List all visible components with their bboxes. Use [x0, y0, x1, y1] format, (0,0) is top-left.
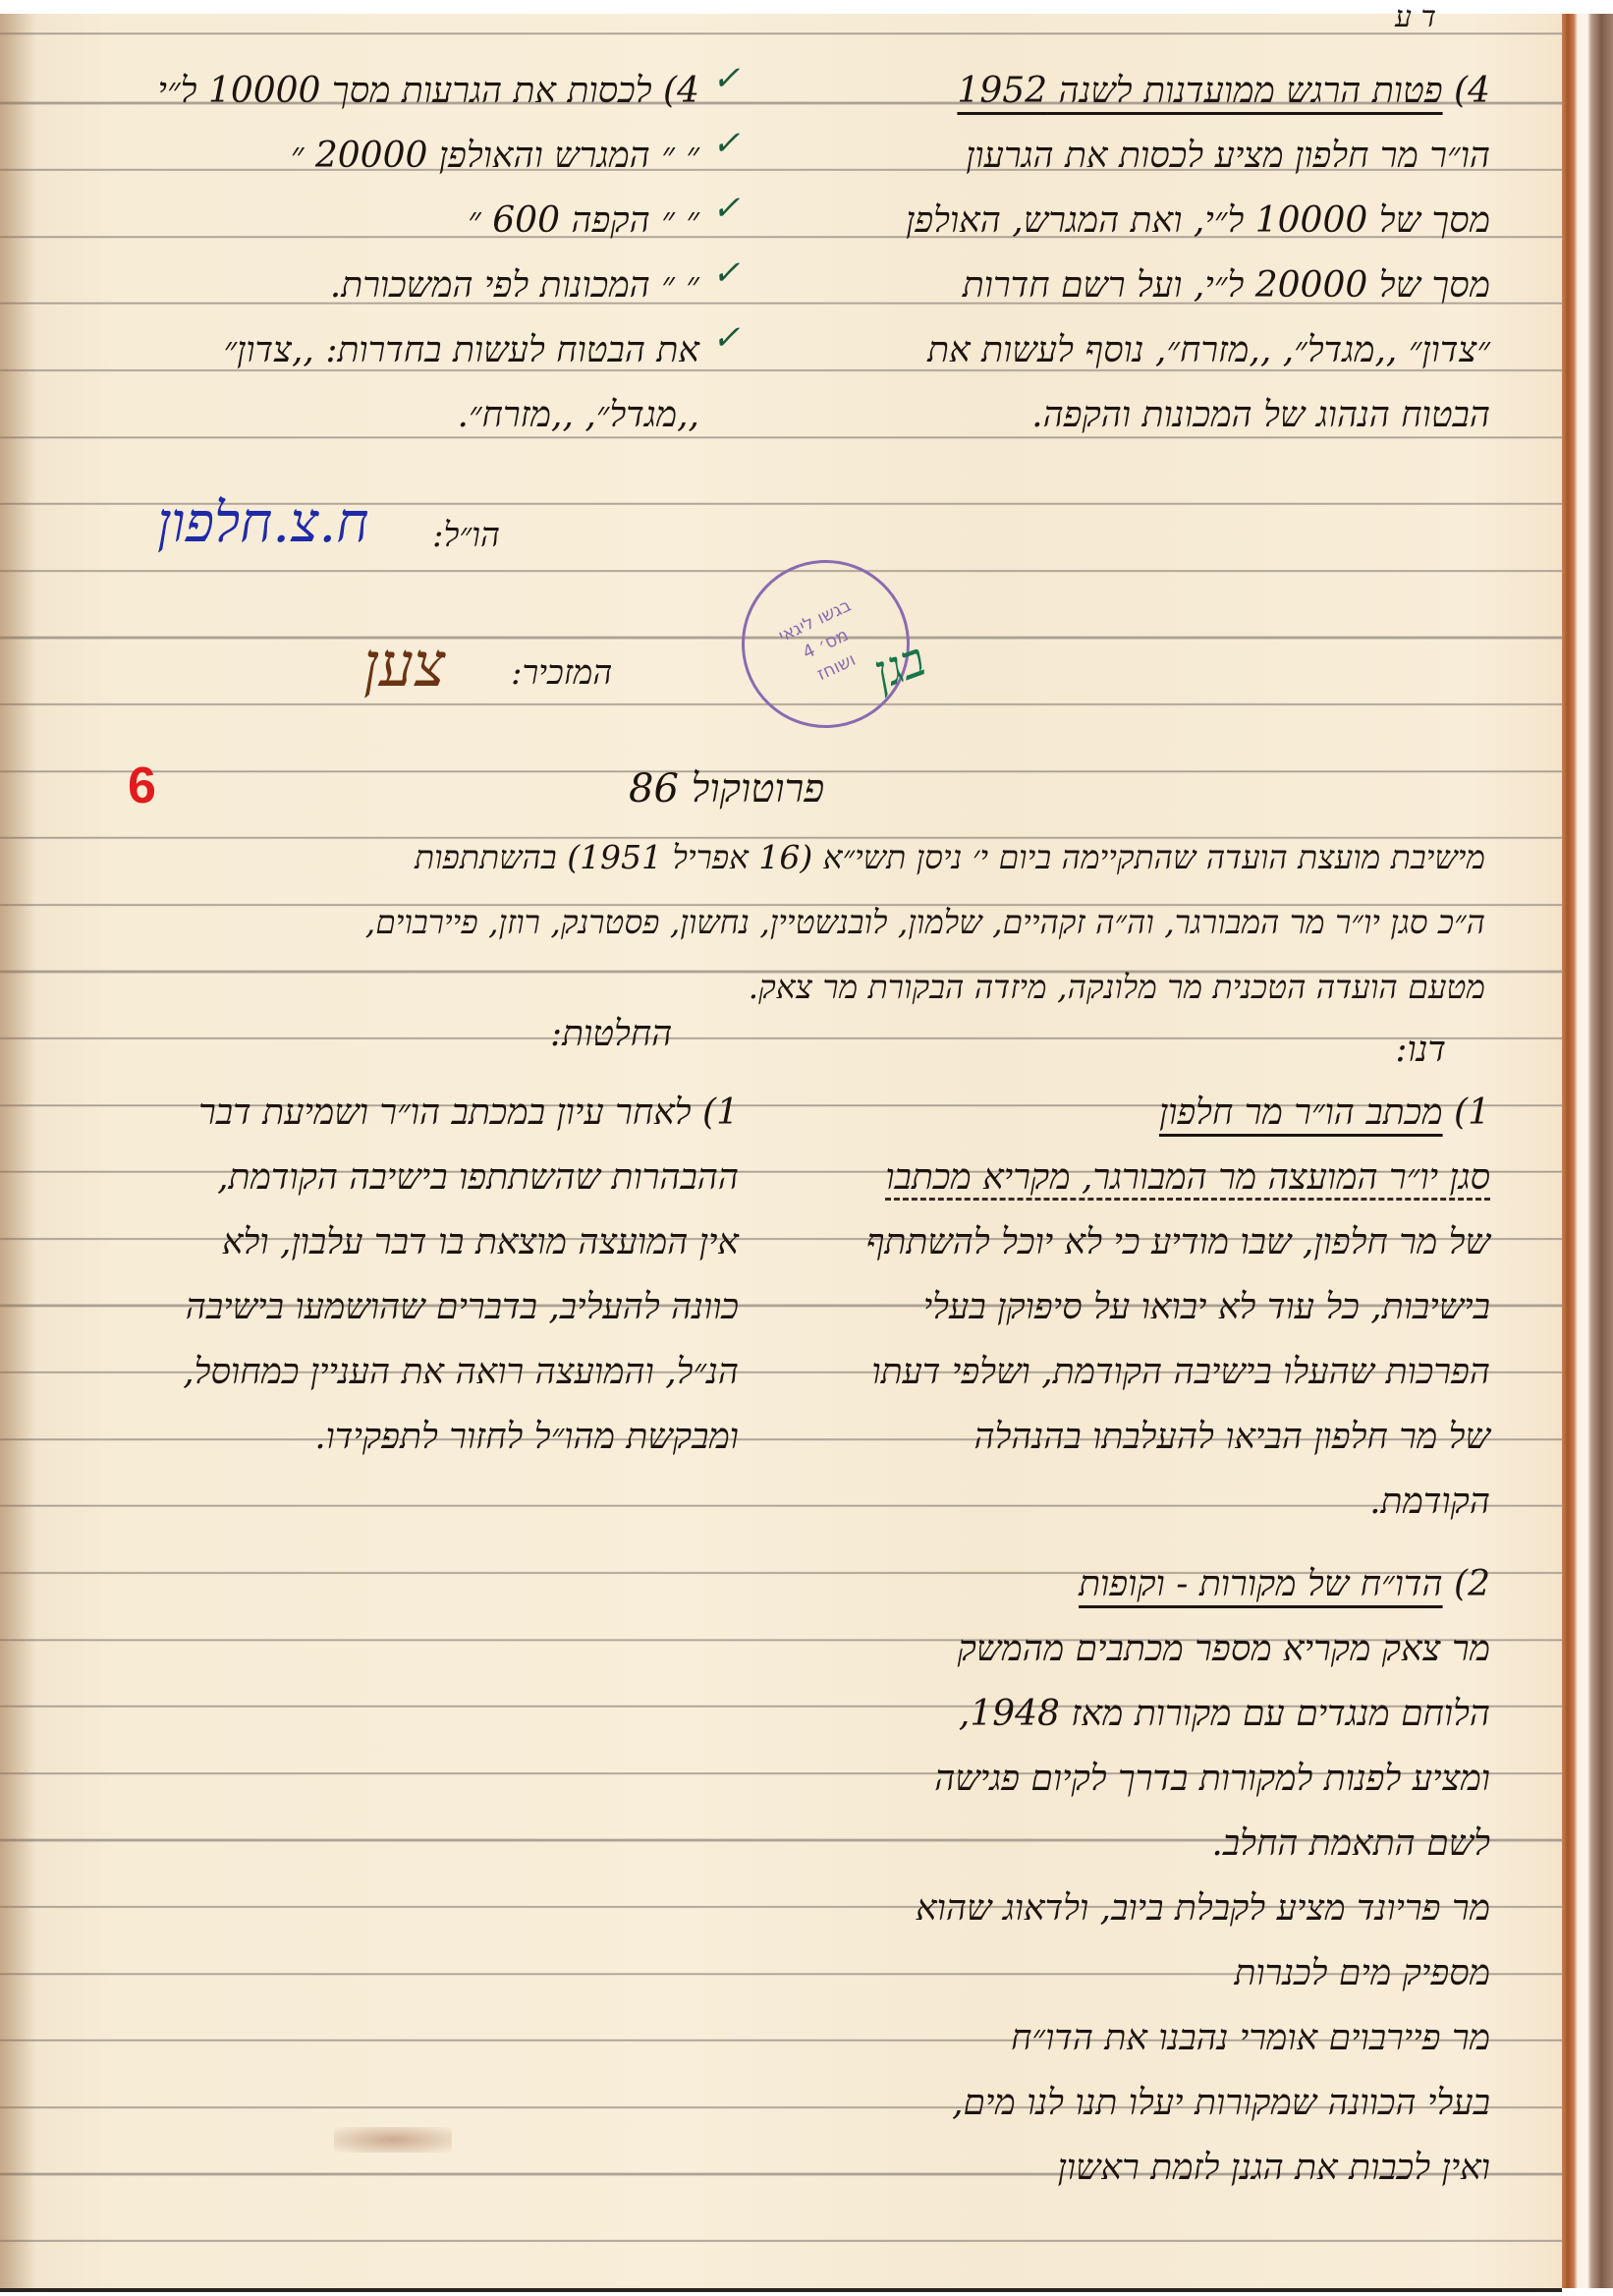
prev-item-4-line: ״צדון״ ,,מגדל״, ,,מזרח״, נוסף לעשות את	[906, 318, 1490, 383]
decision-text: לאחר עיון במכתב הו״ר ושמיעת דבר	[198, 1092, 692, 1133]
decision-line: הנ״ל, והמועצה רואה את העניין כמחוסל,	[183, 1340, 739, 1405]
stamp-number: 4	[800, 640, 818, 663]
prev-decision-line: ״ ״ המגרש והאולפן 20000 ״	[158, 124, 699, 189]
protocol-title: פרוטוקול 86	[629, 756, 824, 821]
decision-line: 1) לאחר עיון במכתב הו״ר ושמיעת דבר	[183, 1081, 739, 1146]
item-1-line-text: סגן יו״ר המועצה מר המבורגר, מקריא מכתבו	[885, 1157, 1490, 1201]
decision-line: אין המועצה מוצאת בו דבר עלבון, ולא	[183, 1210, 739, 1275]
item-1-heading-row: 1) מכתב הו״ר מר חלפון	[866, 1081, 1490, 1146]
decisions-label: החלטות:	[550, 1002, 672, 1067]
item-2-line: הלוחם מנגדים עם מקורות מאז 1948,	[916, 1682, 1490, 1747]
item-2-discussion: 2) הדו״ח של מקורות - וקופות מר צאק מקריא…	[916, 1552, 1490, 2201]
item-1-line: הקודמת.	[866, 1470, 1490, 1535]
prev-decision-line: ״ ״ הקפה 600 ״	[158, 189, 699, 253]
prev-item-4-decision: 4) לכסות את הגרעות מסך 10000 ל״י ״ ״ המג…	[158, 59, 699, 448]
protocol-intro: מישיבת מועצת הועדה שהתקיימה ביום י׳ ניסן…	[365, 825, 1485, 1020]
item-1-number: 1)	[1454, 1092, 1490, 1133]
top-corner-mark: ד ע	[1395, 0, 1436, 34]
check-mark-icon: ✓	[712, 253, 741, 318]
decision-line: ומבקשת מהו״ל לחזור לתפקידו.	[183, 1405, 739, 1470]
decision-line: כוונה להעליב, בדברים שהושמעו בישיבה	[183, 1275, 739, 1340]
decision-number: 1)	[702, 1092, 739, 1133]
prev-decision-text: לכסות את הגרעות מסך 10000 ל״י	[158, 71, 652, 111]
intro-line: מטעם הועדה הטכנית מר מלונקה, מיזדה הבקור…	[365, 955, 1485, 1020]
item-2-number: 2)	[1454, 1564, 1490, 1604]
prev-decision-line: ,,מגדל״, ,,מזרח״.	[158, 383, 699, 448]
discussed-label: דנו:	[1395, 1018, 1446, 1083]
item-1-line: של מר חלפון הביאו להעלבתו בהנהלה	[866, 1405, 1490, 1470]
item-2-heading: הדו״ח של מקורות - וקופות	[1079, 1564, 1443, 1604]
check-mark-icon: ✓	[712, 189, 741, 253]
check-mark-icon: ✓	[712, 124, 741, 189]
item-2-line: מר פיירבוים אומרי נהבנו את הדו״ח	[916, 2006, 1490, 2071]
prev-decision-line: את הבטוח לעשות בחדרות: ,,צדון״	[158, 318, 699, 383]
page-gutter-shadow	[0, 14, 35, 2288]
item-1-line: של מר חלפון, שבו מודיע כי לא יוכל להשתתף	[866, 1210, 1490, 1275]
secretary-signature: צען	[363, 629, 445, 701]
ink-smudge	[334, 2127, 452, 2153]
intro-line: ה״כ סגן יו״ר מר המבורגר, וה״ה זקהיים, של…	[365, 890, 1485, 955]
secretary-label: המזכיר:	[511, 653, 612, 693]
item-2-line: ומציע לפנות למקורות בדרך לקיום פגישה	[916, 1747, 1490, 1812]
item-2-line: מר פריונד מציע לקבלת ביוב, ולדאוג שהוא	[916, 1876, 1490, 1941]
check-mark-icon: ✓	[712, 59, 741, 124]
notebook-binding-edge	[1562, 14, 1613, 2288]
item-2-line: בעלי הכוונה שמקורות יעלו תנו לנו מים,	[916, 2071, 1490, 2136]
prev-item-4-line: מסך של 20000 ל״י, ועל רשם חדרות	[906, 253, 1490, 318]
check-mark-column: ✓ ✓ ✓ ✓ ✓	[712, 59, 741, 383]
chair-label: הו״ל:	[432, 516, 500, 555]
item-1-line: הפרכות שהעלו בישיבה הקודמת, ושלפי דעתו	[866, 1340, 1490, 1405]
check-mark-icon: ✓	[712, 318, 741, 383]
prev-decision-line: 4) לכסות את הגרעות מסך 10000 ל״י	[158, 59, 699, 124]
prev-item-4-discussion: 4) פטות הרגש ממועדנות לשנה 1952 הו״ר מר …	[906, 59, 1490, 448]
item-1-discussion: 1) מכתב הו״ר מר חלפון סגן יו״ר המועצה מר…	[866, 1081, 1490, 1535]
prev-item-4-heading-row: 4) פטות הרגש ממועדנות לשנה 1952	[906, 59, 1490, 124]
item-2-line: מר צאק מקריא מספר מכתבים מהמשק	[916, 1617, 1490, 1682]
prev-item-4-line: מסך של 10000 ל״י, ואת המגרש, האולפן	[906, 189, 1490, 253]
intro-line: מישיבת מועצת הועדה שהתקיימה ביום י׳ ניסן…	[365, 825, 1485, 890]
item-1-heading: מכתב הו״ר מר חלפון	[1159, 1092, 1443, 1133]
prev-item-4-line: הבטוח הנהוג של המכונות והקפה.	[906, 383, 1490, 448]
prev-item-4-line: הו״ר מר חלפון מציע לכסות את הגרעון	[906, 124, 1490, 189]
item-2-line: לשם התאמת החלב.	[916, 1812, 1490, 1876]
decision-line: ההבהרות שהשתתפו בישיבה הקודמת,	[183, 1146, 739, 1210]
prev-item-4-heading: פטות הרגש ממועדנות לשנה 1952	[957, 71, 1442, 111]
item-2-heading-row: 2) הדו״ח של מקורות - וקופות	[916, 1552, 1490, 1617]
item-2-line: ואין לכבות את הגנן לזמת ראשון	[916, 2136, 1490, 2201]
page-marker-number: 6	[128, 756, 156, 815]
item-1-line: בישיבות, כל עוד לא יבואו על סיפוקן בעלי	[866, 1275, 1490, 1340]
item-1-decision: 1) לאחר עיון במכתב הו״ר ושמיעת דבר ההבהר…	[183, 1081, 739, 1470]
item-1-line: סגן יו״ר המועצה מר המבורגר, מקריא מכתבו	[866, 1146, 1490, 1210]
chair-signature: ח.צ.חלפון	[157, 491, 368, 555]
prev-item-4-number: 4)	[1454, 71, 1490, 111]
item-2-line: מספיק מים לכנרות	[916, 1941, 1490, 2006]
prev-decision-number: 4)	[663, 71, 699, 111]
prev-decision-line: ״ ״ המכונות לפי המשכורת.	[158, 253, 699, 318]
